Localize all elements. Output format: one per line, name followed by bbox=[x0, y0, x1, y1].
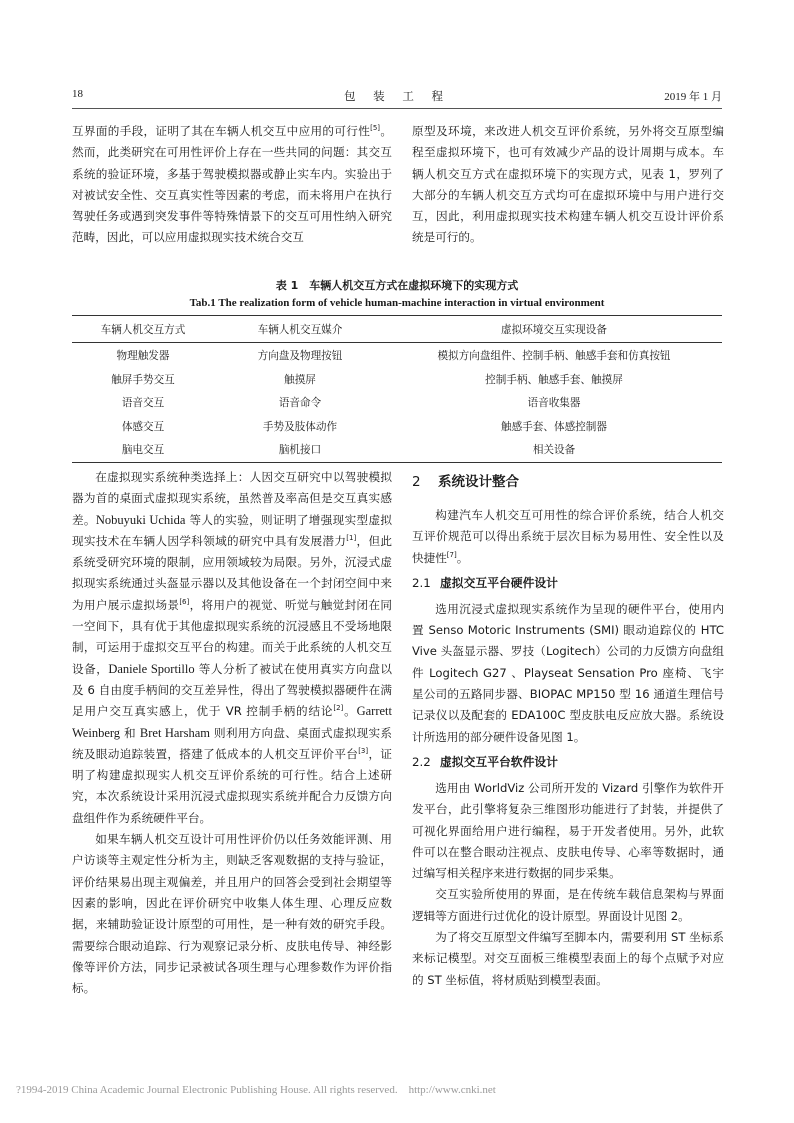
subsection-heading: 2.2虚拟交互平台软件设计 bbox=[412, 752, 724, 772]
paragraph: 选用由 WorldViz 公司所开发的 Vizard 引擎作为软件开发平台，此引… bbox=[412, 778, 724, 884]
subsection-heading: 2.1虚拟交互平台硬件设计 bbox=[412, 573, 724, 593]
table-caption: 表 1 车辆人机交互方式在虚拟环境下的实现方式 Tab.1 The realiz… bbox=[72, 277, 722, 311]
table-1: 车辆人机交互方式 车辆人机交互媒介 虚拟环境交互实现设备 物理触发器 方向盘及物… bbox=[72, 315, 722, 463]
table-cell: 触屏手势交互 bbox=[72, 368, 214, 392]
table-row: 语音交互 语音命令 语音收集器 bbox=[72, 391, 722, 415]
paragraph: 原型及环境，来改进人机交互评价系统，另外将交互原型编程至虚拟环境下，也可有效减少… bbox=[412, 121, 724, 249]
table-cell: 相关设备 bbox=[386, 438, 722, 462]
table-row: 触屏手势交互 触摸屏 控制手柄、触感手套、触摸屏 bbox=[72, 368, 722, 392]
copyright-text: ?1994-2019 China Academic Journal Electr… bbox=[16, 1084, 398, 1096]
paragraph: 在虚拟现实系统种类选择上：人因交互研究中以驾驶模拟器为首的桌面式虚拟现实系统，虽… bbox=[72, 467, 392, 829]
citation: [3] bbox=[358, 747, 368, 755]
paragraph: 交互实验所使用的界面，是在传统车载信息架构与界面逻辑等方面进行过优化的设计原型。… bbox=[412, 884, 724, 927]
citation: [6] bbox=[179, 598, 189, 606]
text-run: 。 bbox=[343, 704, 356, 718]
text-run: 。然而，此类研究在可用性评价上存在一些共同的问题：其交互系统的验证环境，多基于驾… bbox=[72, 124, 392, 244]
author-name: Nobuyuki Uchida bbox=[96, 513, 186, 527]
footer-link[interactable]: http://www.cnki.net bbox=[409, 1084, 496, 1096]
subsection-number: 2.1 bbox=[412, 573, 440, 593]
top-left-column: 互界面的手段，证明了其在车辆人机交互中应用的可行性[5]。然而，此类研究在可用性… bbox=[72, 121, 392, 249]
column-header: 车辆人机交互方式 bbox=[72, 316, 214, 343]
table-cell: 方向盘及物理按钮 bbox=[214, 343, 386, 368]
author-name: Daniele Sportillo bbox=[108, 662, 194, 676]
author-name: Bret Harsham bbox=[140, 726, 210, 740]
citation: [1] bbox=[346, 534, 356, 542]
table-cell: 控制手柄、触感手套、触摸屏 bbox=[386, 368, 722, 392]
table-caption-en: Tab.1 The realization form of vehicle hu… bbox=[72, 295, 722, 311]
table-row: 物理触发器 方向盘及物理按钮 模拟方向盘组件、控制手柄、触感手套和仿真按钮 bbox=[72, 343, 722, 368]
table-cell: 体感交互 bbox=[72, 415, 214, 439]
table-row: 脑电交互 脑机接口 相关设备 bbox=[72, 438, 722, 462]
paragraph: 选用沉浸式虚拟现实系统作为呈现的硬件平台，使用内置 Senso Motoric … bbox=[412, 599, 724, 748]
table-cell: 语音命令 bbox=[214, 391, 386, 415]
header-divider bbox=[72, 108, 722, 109]
section-number: 2 bbox=[412, 471, 438, 493]
table-cell: 物理触发器 bbox=[72, 343, 214, 368]
table-cell: 触摸屏 bbox=[214, 368, 386, 392]
journal-title: 包 装 工 程 bbox=[72, 88, 722, 104]
table-cell: 模拟方向盘组件、控制手柄、触感手套和仿真按钮 bbox=[386, 343, 722, 368]
bottom-right-column: 2系统设计整合 构建汽车人机交互可用性的综合评价系统，结合人机交互评价规范可以得… bbox=[412, 467, 724, 991]
running-header: 18 包 装 工 程 2019 年 1 月 bbox=[72, 88, 722, 104]
citation: [5] bbox=[370, 124, 380, 132]
paragraph: 互界面的手段，证明了其在车辆人机交互中应用的可行性[5]。然而，此类研究在可用性… bbox=[72, 121, 392, 249]
subsection-title: 虚拟交互平台软件设计 bbox=[440, 755, 558, 769]
copyright-footer: ?1994-2019 China Academic Journal Electr… bbox=[0, 1084, 794, 1096]
table-cell: 语音收集器 bbox=[386, 391, 722, 415]
top-right-column: 原型及环境，来改进人机交互评价系统，另外将交互原型编程至虚拟环境下，也可有效减少… bbox=[412, 121, 724, 249]
section-heading: 2系统设计整合 bbox=[412, 471, 724, 493]
table-cell: 脑电交互 bbox=[72, 438, 214, 462]
text-run: 互界面的手段，证明了其在车辆人机交互中应用的可行性 bbox=[72, 124, 370, 138]
subsection-number: 2.2 bbox=[412, 752, 440, 772]
table-row: 体感交互 手势及肢体动作 触感手套、体感控制器 bbox=[72, 415, 722, 439]
table-header-row: 车辆人机交互方式 车辆人机交互媒介 虚拟环境交互实现设备 bbox=[72, 316, 722, 343]
paragraph: 构建汽车人机交互可用性的综合评价系统，结合人机交互评价规范可以得出系统于层次目标… bbox=[412, 505, 724, 569]
text-run: 和 bbox=[120, 726, 140, 740]
section-title: 系统设计整合 bbox=[438, 474, 519, 490]
table-cell: 脑机接口 bbox=[214, 438, 386, 462]
table-cell: 手势及肢体动作 bbox=[214, 415, 386, 439]
column-header: 车辆人机交互媒介 bbox=[214, 316, 386, 343]
paragraph: 如果车辆人机交互设计可用性评价仍以任务效能评测、用户访谈等主观定性分析为主，则缺… bbox=[72, 829, 392, 999]
table-cell: 语音交互 bbox=[72, 391, 214, 415]
issue-date: 2019 年 1 月 bbox=[664, 88, 722, 104]
table-cell: 触感手套、体感控制器 bbox=[386, 415, 722, 439]
table-caption-zh: 表 1 车辆人机交互方式在虚拟环境下的实现方式 bbox=[72, 277, 722, 295]
column-header: 虚拟环境交互实现设备 bbox=[386, 316, 722, 343]
bottom-left-column: 在虚拟现实系统种类选择上：人因交互研究中以驾驶模拟器为首的桌面式虚拟现实系统，虽… bbox=[72, 467, 392, 999]
citation: [2] bbox=[333, 704, 343, 712]
citation: [7] bbox=[447, 551, 457, 559]
subsection-title: 虚拟交互平台硬件设计 bbox=[440, 576, 558, 590]
text-run: 。 bbox=[457, 551, 469, 565]
paragraph: 为了将交互原型文件编写至脚本内，需要利用 ST 坐标系来标记模型。对交互面板三维… bbox=[412, 927, 724, 991]
